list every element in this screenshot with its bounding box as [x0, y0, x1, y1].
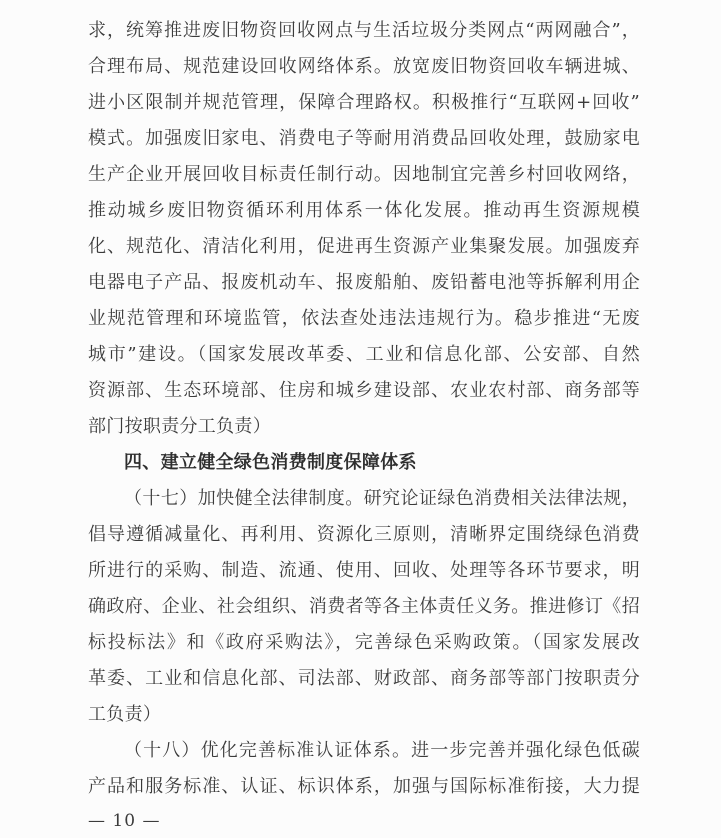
paragraph-17: （十七）加快健全法律制度。研究论证绿色消费相关法律法规， 倡导遵循减量化、再利用… [88, 481, 640, 733]
paragraph-recycling: 求，统筹推进废旧物资回收网点与生活垃圾分类网点“两网融合”， 合理布局、规范建设… [88, 13, 640, 445]
text-line: 倡导遵循减量化、再利用、资源化三原则，清晰界定围绕绿色消费 [88, 517, 640, 553]
text-line: 模式。加强废旧家电、消费电子等耐用消费品回收处理，鼓励家电 [88, 121, 640, 157]
text-line: 革委、工业和信息化部、司法部、财政部、商务部等部门按职责分 [88, 661, 640, 697]
text-line: 电器电子产品、报废机动车、报废船舶、废铅蓄电池等拆解利用企 [88, 265, 640, 301]
document-page: 求，统筹推进废旧物资回收网点与生活垃圾分类网点“两网融合”， 合理布局、规范建设… [0, 0, 721, 838]
text-line: （十七）加快健全法律制度。研究论证绿色消费相关法律法规， [88, 481, 640, 517]
text-line: 业规范管理和环境监管，依法查处违法违规行为。稳步推进“无废 [88, 301, 640, 337]
body-text: 求，统筹推进废旧物资回收网点与生活垃圾分类网点“两网融合”， 合理布局、规范建设… [88, 13, 640, 805]
text-line: 资源部、生态环境部、住房和城乡建设部、农业农村部、商务部等 [88, 373, 640, 409]
text-line: 合理布局、规范建设回收网络体系。放宽废旧物资回收车辆进城、 [88, 49, 640, 85]
text-line: （十八）优化完善标准认证体系。进一步完善并强化绿色低碳 [88, 733, 640, 769]
paragraph-18: （十八）优化完善标准认证体系。进一步完善并强化绿色低碳 产品和服务标准、认证、标… [88, 733, 640, 805]
text-line: 标投标法》和《政府采购法》，完善绿色采购政策。（国家发展改 [88, 625, 640, 661]
text-line: 确政府、企业、社会组织、消费者等各主体责任义务。推进修订《招 [88, 589, 640, 625]
text-line: 求，统筹推进废旧物资回收网点与生活垃圾分类网点“两网融合”， [88, 13, 640, 49]
text-line: 产品和服务标准、认证、标识体系，加强与国际标准衔接，大力提 [88, 769, 640, 805]
text-line: 部门按职责分工负责） [88, 409, 640, 445]
text-line: 进小区限制并规范管理，保障合理路权。积极推行“互联网+回收” [88, 85, 640, 121]
section-heading: 四、建立健全绿色消费制度保障体系 [88, 445, 640, 481]
text-line: 推动城乡废旧物资循环利用体系一体化发展。推动再生资源规模 [88, 193, 640, 229]
page-number: — 10 — [88, 807, 640, 835]
text-line: 生产企业开展回收目标责任制行动。因地制宜完善乡村回收网络， [88, 157, 640, 193]
text-line: 化、规范化、清洁化利用，促进再生资源产业集聚发展。加强废弃 [88, 229, 640, 265]
text-line: 工负责） [88, 697, 640, 733]
text-line: 城市”建设。（国家发展改革委、工业和信息化部、公安部、自然 [88, 337, 640, 373]
text-line: 所进行的采购、制造、流通、使用、回收、处理等各环节要求，明 [88, 553, 640, 589]
